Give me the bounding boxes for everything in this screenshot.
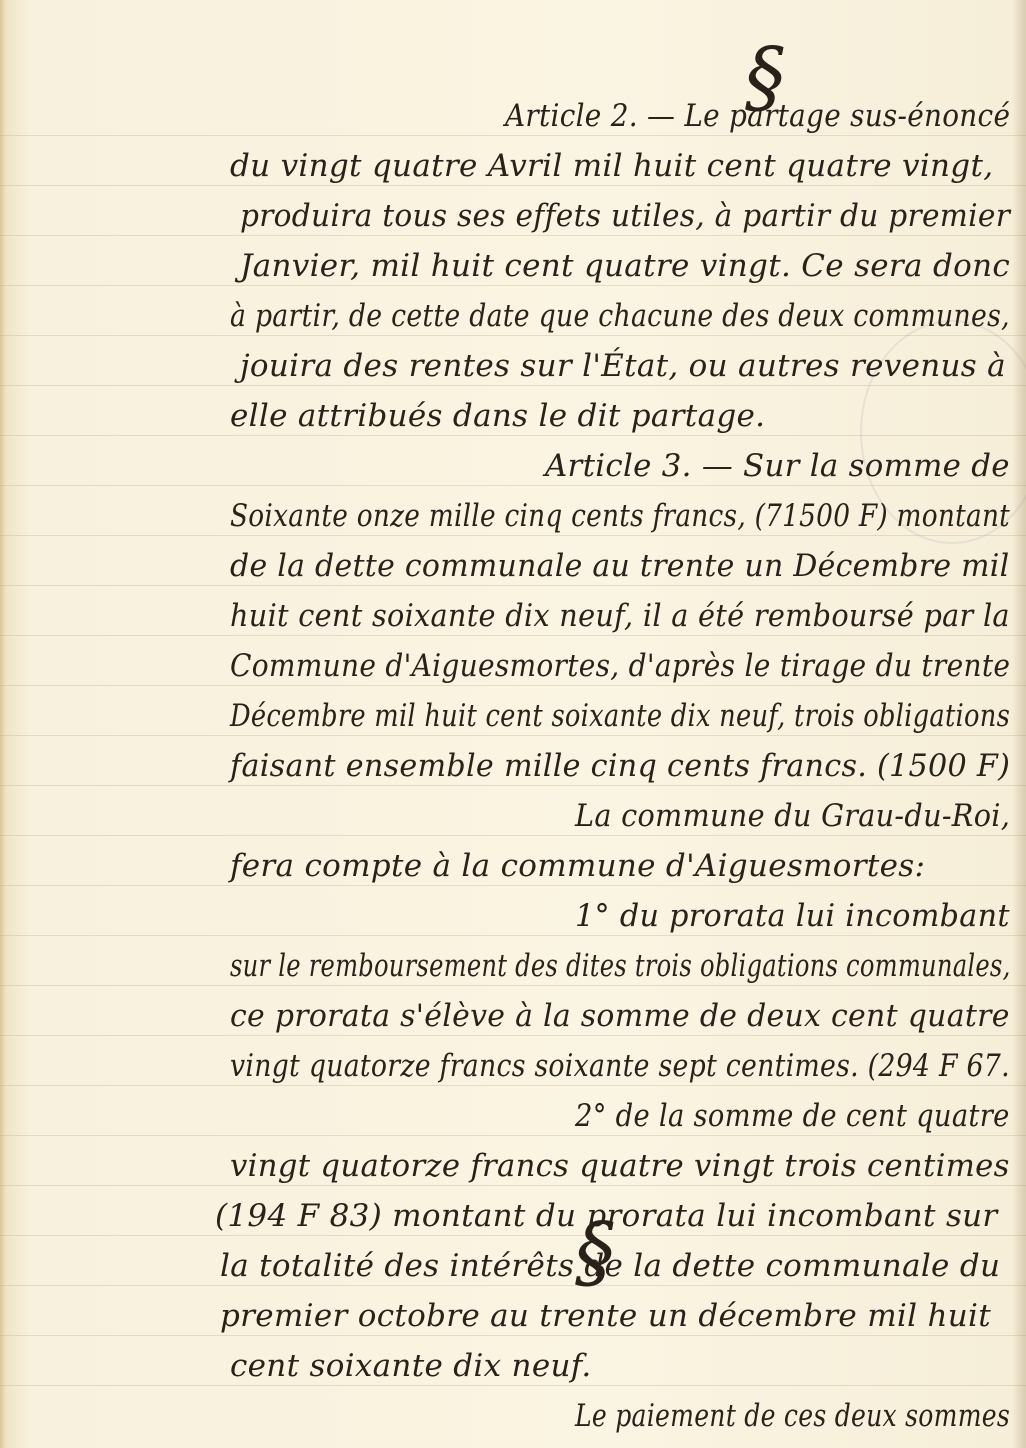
text-line: 2° de la somme de cent quatre — [575, 1098, 1010, 1134]
ruled-line — [0, 1185, 1026, 1186]
manuscript-page: § § Article 2. — Le partage sus-énoncé d… — [0, 0, 1026, 1448]
text-line: produira tous ses effets utiles, à parti… — [240, 198, 1010, 234]
text-line: 1° du prorata lui incombant — [575, 898, 1010, 934]
text-line: huit cent soixante dix neuf, il a été re… — [230, 598, 1010, 634]
text-line: fera compte à la commune d'Aiguesmortes: — [230, 848, 925, 884]
ruled-line — [0, 835, 1026, 836]
text-line: Janvier, mil huit cent quatre vingt. Ce … — [240, 248, 1010, 284]
ruled-line — [0, 1135, 1026, 1136]
ruled-line — [0, 285, 1026, 286]
text-line: faisant ensemble mille cinq cents francs… — [230, 748, 1010, 784]
ruled-line — [0, 1085, 1026, 1086]
ruled-line — [0, 535, 1026, 536]
ruled-line — [0, 185, 1026, 186]
ruled-line — [0, 685, 1026, 686]
ruled-line — [0, 1385, 1026, 1386]
text-line: Décembre mil huit cent soixante dix neuf… — [230, 698, 1010, 734]
text-line: elle attribués dans le dit partage. — [230, 398, 765, 434]
ruled-line — [0, 985, 1026, 986]
text-line: Soixante onze mille cinq cents francs, (… — [230, 498, 1010, 534]
text-line: La commune du Grau-du-Roi, — [575, 798, 1010, 834]
text-line: vingt quatorze francs quatre vingt trois… — [230, 1148, 1010, 1184]
ruled-line — [0, 935, 1026, 936]
ruled-line — [0, 735, 1026, 736]
ruled-line — [0, 785, 1026, 786]
text-line: jouira des rentes sur l'État, ou autres … — [240, 348, 1006, 384]
ruled-line — [0, 135, 1026, 136]
text-line: ce prorata s'élève à la somme de deux ce… — [230, 998, 1010, 1034]
text-line: Article 2. — Le partage sus-énoncé — [505, 98, 1010, 134]
ruled-line — [0, 235, 1026, 236]
ruled-line — [0, 585, 1026, 586]
text-line: cent soixante dix neuf. — [230, 1348, 592, 1384]
ruled-line — [0, 635, 1026, 636]
text-line: de la dette communale au trente un Décem… — [230, 548, 1009, 584]
text-line: Le paiement de ces deux sommes — [575, 1398, 1010, 1434]
text-line: à partir, de cette date que chacune des … — [230, 298, 1010, 334]
text-line: vingt quatorze francs soixante sept cent… — [230, 1048, 1010, 1084]
ruled-line — [0, 1285, 1026, 1286]
ruled-line — [0, 1035, 1026, 1036]
ruled-line — [0, 335, 1026, 336]
text-line: premier octobre au trente un décembre mi… — [220, 1298, 991, 1334]
text-line: la totalité des intérêts de la dette com… — [220, 1248, 1000, 1284]
ruled-line — [0, 885, 1026, 886]
ruled-line — [0, 1235, 1026, 1236]
text-line: sur le remboursement des dites trois obl… — [230, 948, 1010, 984]
text-line: (194 F 83) montant du prorata lui incomb… — [215, 1198, 998, 1234]
text-line: Commune d'Aiguesmortes, d'après le tirag… — [230, 648, 1010, 684]
ruled-line — [0, 1335, 1026, 1336]
text-line: Article 3. — Sur la somme de — [545, 448, 1010, 484]
text-line: du vingt quatre Avril mil huit cent quat… — [230, 148, 993, 184]
